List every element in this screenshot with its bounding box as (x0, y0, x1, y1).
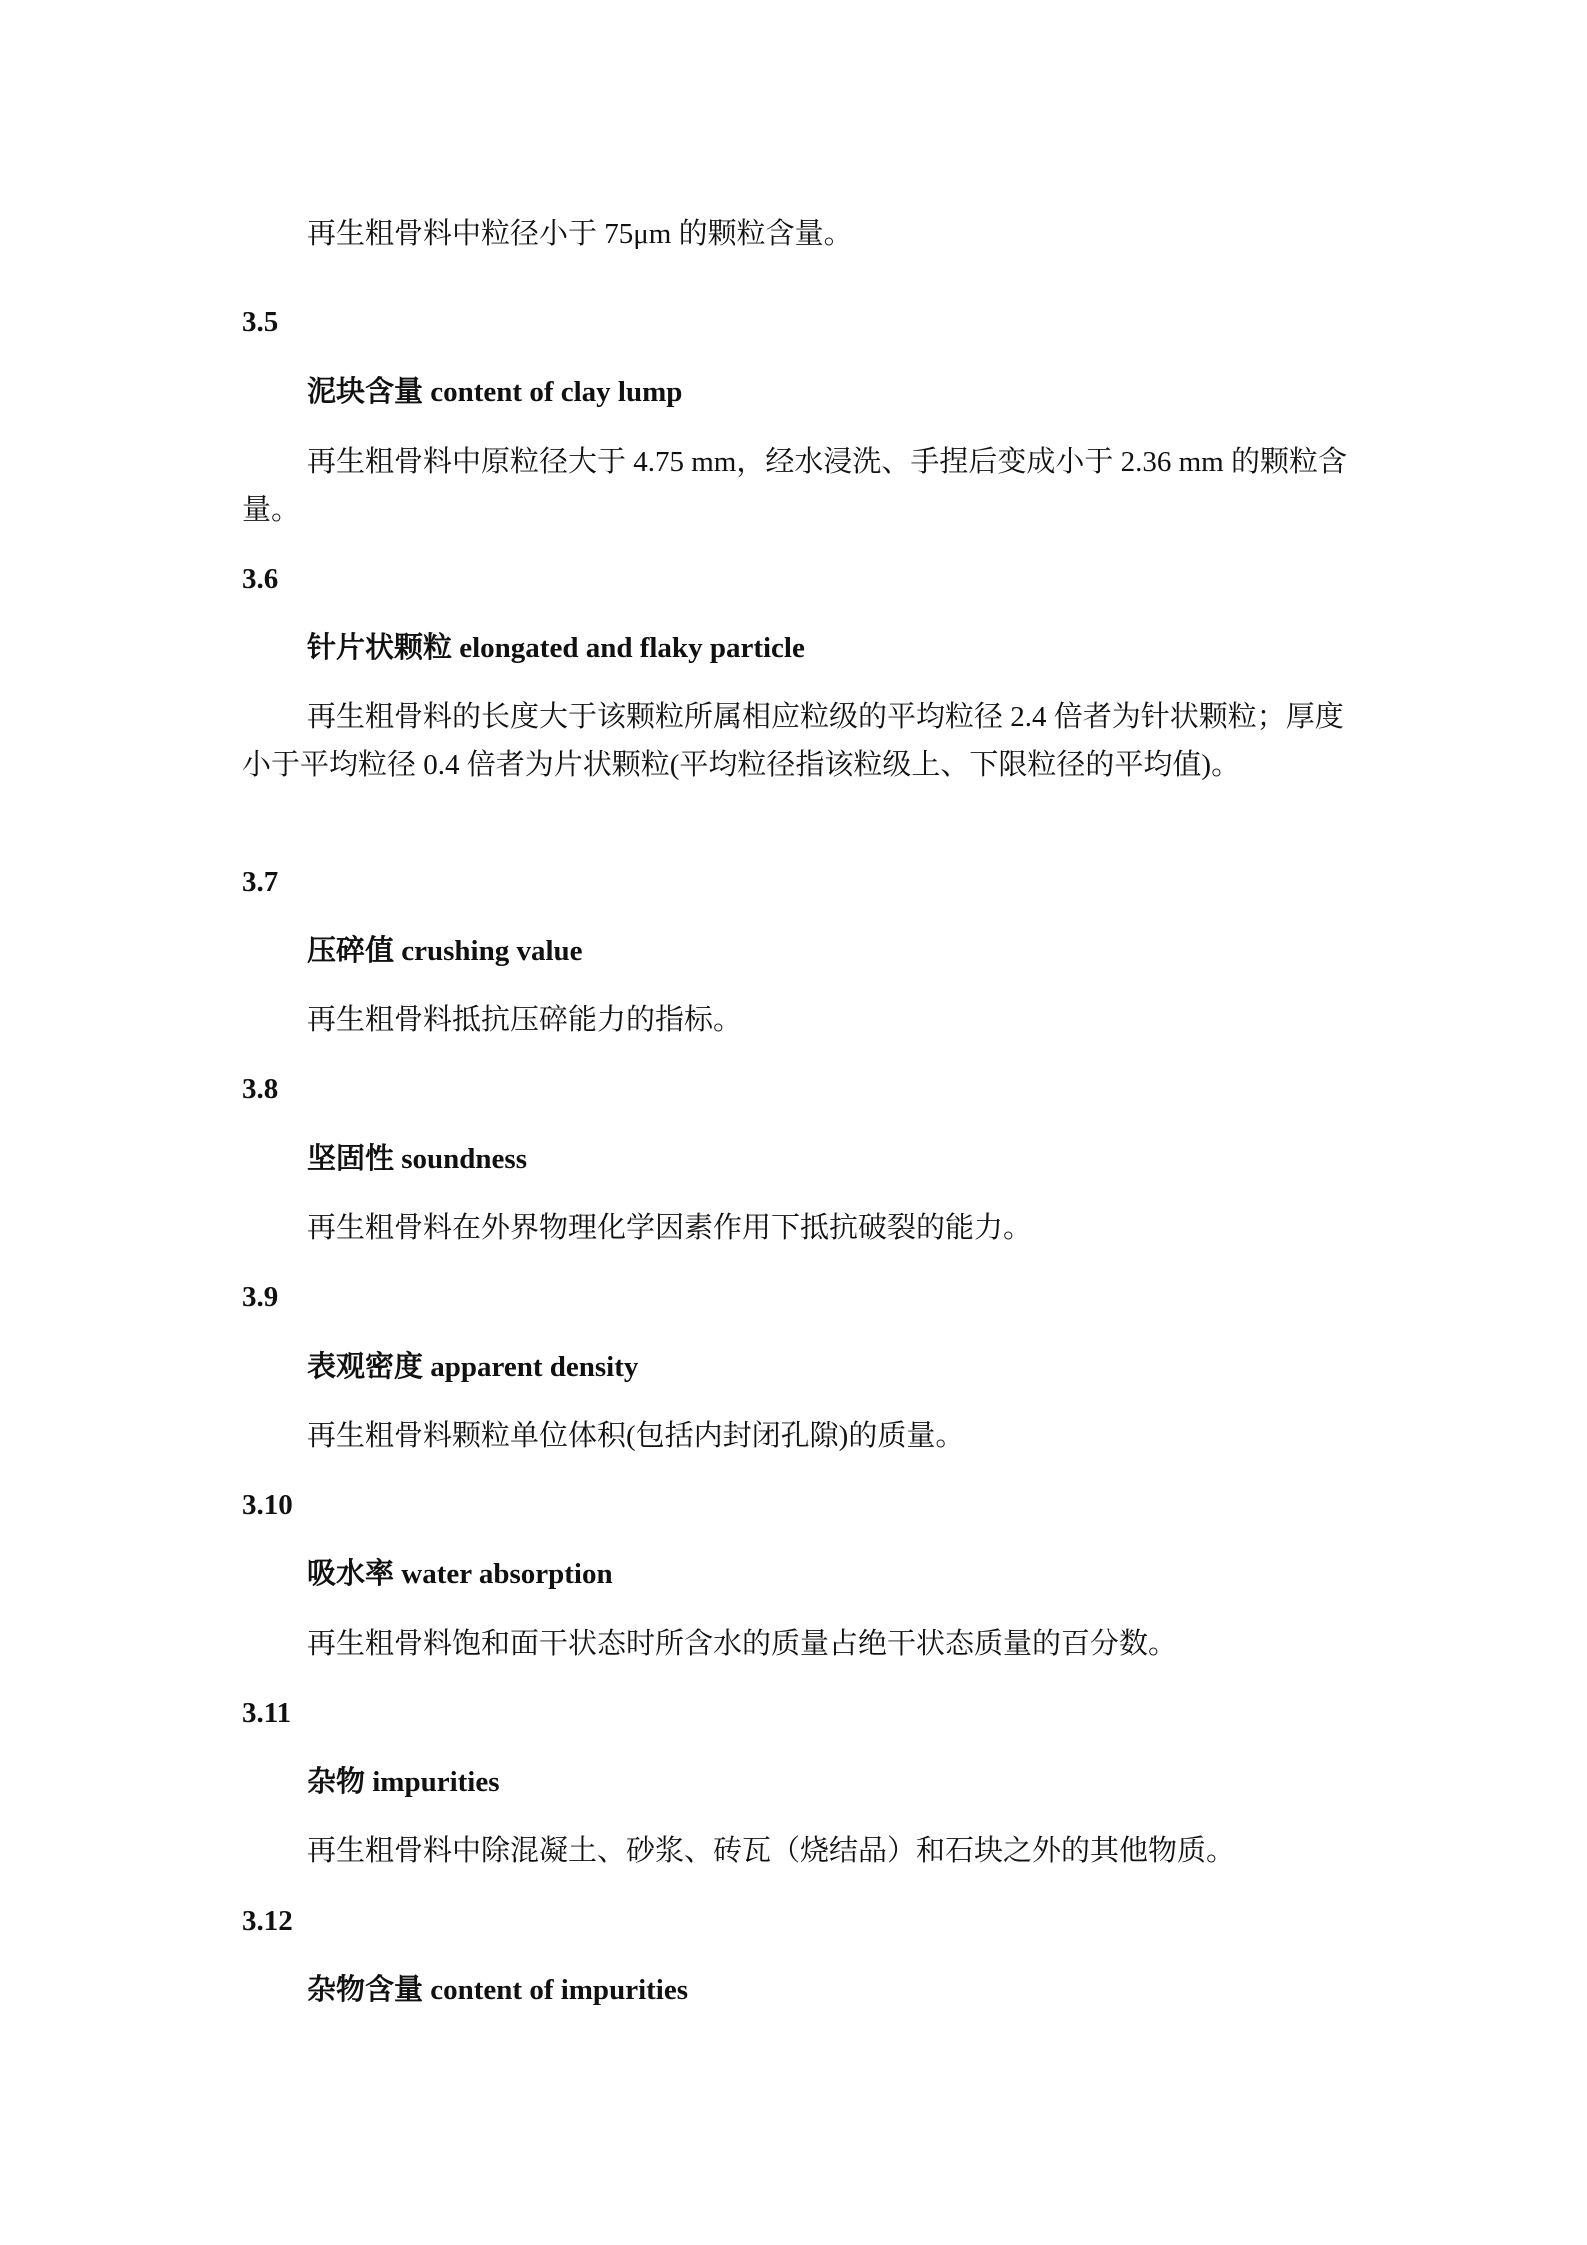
term-heading: 泥块含量 content of clay lump (307, 368, 682, 416)
term-definition: 再生粗骨料颗粒单位体积(包括内封闭孔隙)的质量。 (307, 1412, 964, 1460)
section-number: 3.8 (242, 1065, 278, 1113)
section-number: 3.6 (242, 555, 278, 603)
term-definition: 再生粗骨料中除混凝土、砂浆、砖瓦（烧结品）和石块之外的其他物质。 (307, 1827, 1235, 1875)
section-number: 3.11 (242, 1689, 291, 1737)
term-heading: 杂物含量 content of impurities (307, 1966, 688, 2014)
term-heading: 针片状颗粒 elongated and flaky particle (307, 624, 805, 672)
term-definition: 再生粗骨料的长度大于该颗粒所属相应粒级的平均粒径 2.4 倍者为针状颗粒；厚度小… (242, 693, 1362, 789)
section-number: 3.12 (242, 1897, 293, 1945)
term-heading: 压碎值 crushing value (307, 927, 583, 975)
term-heading: 表观密度 apparent density (307, 1343, 638, 1391)
section-number: 3.9 (242, 1273, 278, 1321)
section-number: 3.7 (242, 858, 278, 906)
term-heading: 杂物 impurities (307, 1758, 500, 1806)
term-heading: 坚固性 soundness (307, 1135, 527, 1183)
term-definition: 再生粗骨料饱和面干状态时所含水的质量占绝干状态质量的百分数。 (307, 1620, 1177, 1668)
section-number: 3.10 (242, 1481, 293, 1529)
term-definition: 再生粗骨料中原粒径大于 4.75 mm，经水浸洗、手捏后变成小于 2.36 mm… (242, 438, 1362, 534)
intro-definition: 再生粗骨料中粒径小于 75μm 的颗粒含量。 (307, 210, 853, 258)
term-heading: 吸水率 water absorption (307, 1550, 613, 1598)
term-definition: 再生粗骨料抵抗压碎能力的指标。 (307, 996, 742, 1044)
section-number: 3.5 (242, 298, 278, 346)
term-definition: 再生粗骨料在外界物理化学因素作用下抵抗破裂的能力。 (307, 1204, 1032, 1252)
